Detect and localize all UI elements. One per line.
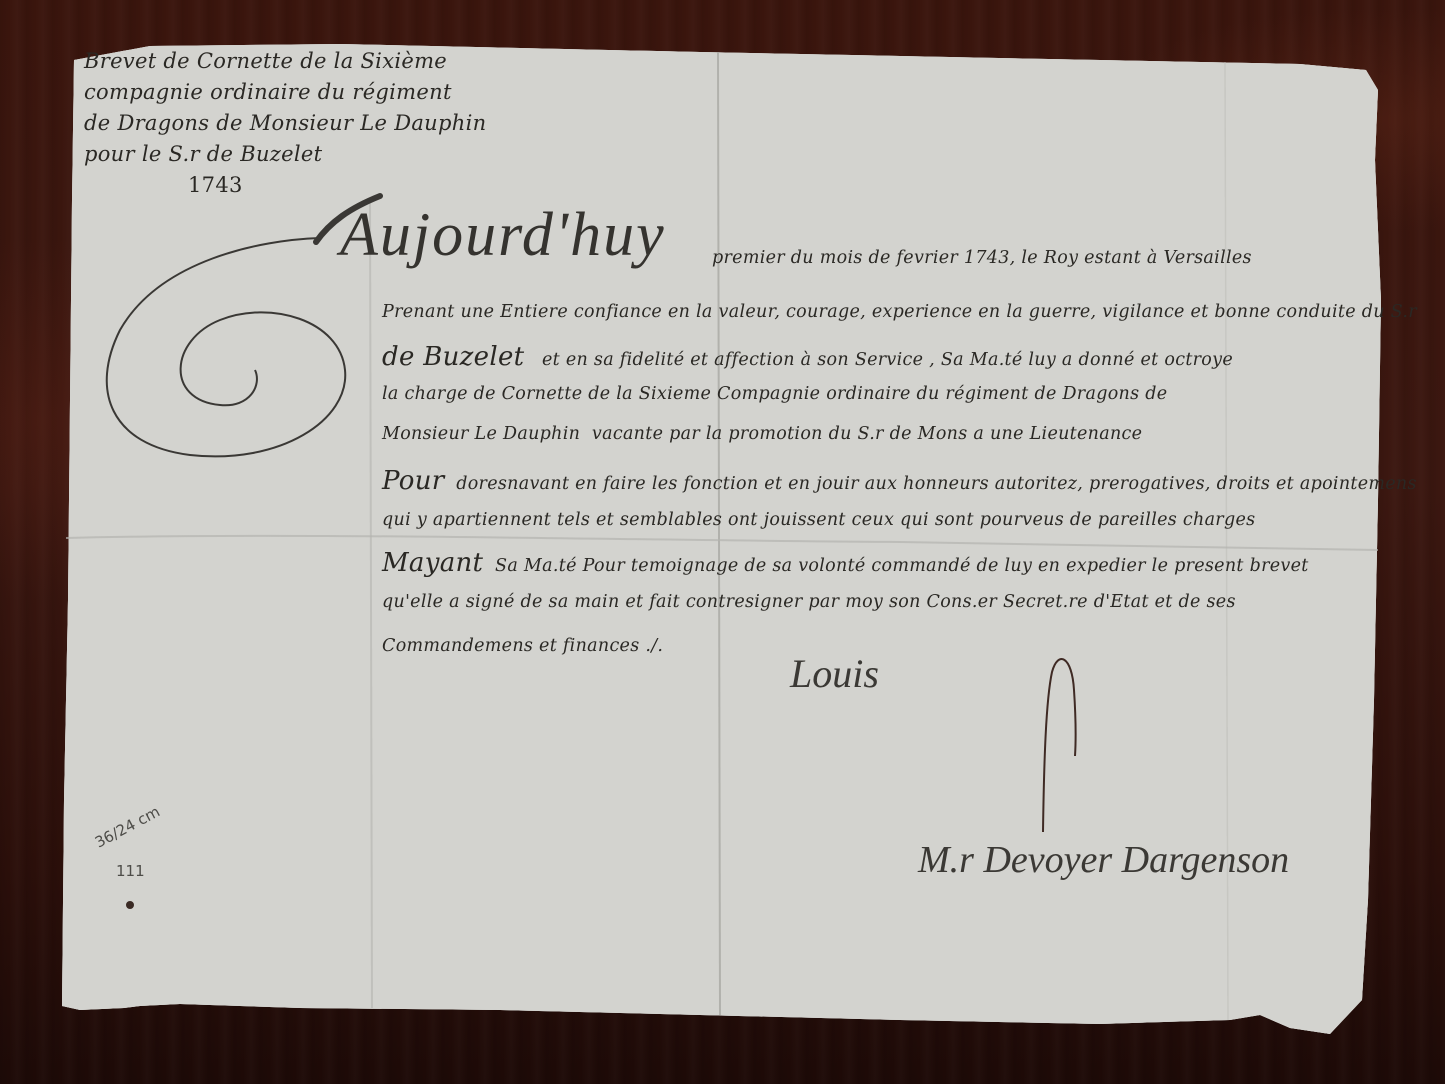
body-line-3: de Buzelet et en sa fidelité et affectio…: [382, 342, 1233, 372]
manuscript-sheet: Brevet de Cornette de la Sixième compagn…: [0, 0, 1445, 1084]
pencil-reference-note: 111: [116, 862, 145, 880]
minister-signature: M.r Devoyer Dargenson: [918, 838, 1289, 882]
margin-note-line-3: de Dragons de Monsieur Le Dauphin: [84, 108, 486, 139]
body-line-4: la charge de Cornette de la Sixieme Comp…: [382, 384, 1167, 404]
body-line-8: Mayant Sa Ma.té Pour temoignage de sa vo…: [382, 548, 1309, 578]
body-line-2: Prenant une Entiere confiance en la vale…: [382, 302, 1417, 322]
body-line-5: Monsieur Le Dauphin vacante par la promo…: [382, 424, 1142, 444]
body-line-9: qu'elle a signé de sa main et fait contr…: [382, 592, 1236, 612]
document-heading: Aujourd'huy: [340, 200, 666, 271]
body-line-1: premier du mois de fevrier 1743, le Roy …: [712, 248, 1252, 268]
margin-note-year: 1743: [188, 170, 243, 201]
margin-note-line-4: pour le S.r de Buzelet: [84, 139, 322, 170]
body-line-7: qui y apartiennent tels et semblables on…: [382, 510, 1255, 530]
body-line-10: Commandemens et finances ./.: [382, 636, 663, 656]
name-buzelet: de Buzelet: [382, 342, 524, 372]
margin-note-line-2: compagnie ordinaire du régiment: [84, 77, 452, 108]
king-signature: Louis: [790, 650, 879, 697]
body-line-6: Pour doresnavant en faire les fonction e…: [382, 466, 1417, 496]
margin-note-line-1: Brevet de Cornette de la Sixième: [84, 46, 447, 77]
